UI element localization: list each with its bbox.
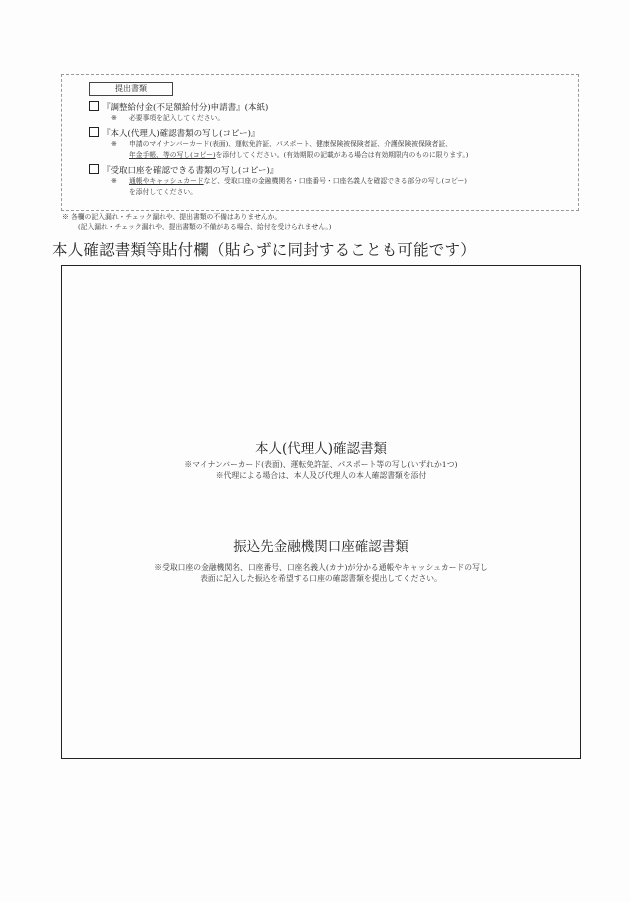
submission-checklist: 提出書類 『調整給付金(不足額給付分)申請書』(本紙) ※必要事項を記入してくだ… [61, 74, 579, 211]
section-heading: 本人確認書類等貼付欄（貼らずに同封することも可能です） [52, 240, 476, 260]
checkbox[interactable] [89, 164, 99, 174]
checklist-note: ※必要事項を記入してください。 [111, 113, 224, 123]
bank-docs-note-2: 表面に記入した振込を希望する口座の確認書類を提出してください。 [62, 573, 580, 584]
footnote-line-1: ※ 各欄の記入漏れ・チェック漏れや、提出書類の不備はありませんか。 [62, 213, 281, 222]
id-document-paste-area: 本人(代理人)確認書類 ※マイナンバーカード(表面)、運転免許証、パスポート等の… [61, 265, 581, 759]
id-docs-note-2: ※代理による場合は、本人及び代理人の本人確認書類を添付 [62, 470, 580, 481]
id-docs-note-1: ※マイナンバーカード(表面)、運転免許証、パスポート等の写し(いずれか1つ) [62, 459, 580, 470]
checklist-title: 提出書類 [89, 82, 173, 96]
checkbox[interactable] [89, 101, 99, 111]
checklist-item-label: 『調整給付金(不足額給付分)申請書』(本紙) [102, 103, 268, 113]
checklist-item-label: 『受取口座を確認できる書類の写し(コピー)』 [102, 166, 278, 176]
checklist-note: を添付してください。 [111, 187, 197, 197]
checklist-note: 年金手帳、等の写し(コピー)を添付してください。(有効期限の記載がある場合は有効… [111, 150, 468, 160]
checklist-item-label: 『本人(代理人)確認書類の写し(コピー)』 [102, 129, 259, 139]
checklist-note: ※通帳やキャッシュカードなど、受取口座の金融機関名・口座番号・口座名義人を確認で… [111, 176, 467, 186]
footnote-line-2: (記入漏れ・チェック漏れや、提出書類の不備がある場合、給付を受けられません。) [78, 223, 331, 232]
checklist-note: ※申請のマイナンバーカード(表面)、運転免許証、パスポート、健康保険被保険者証、… [111, 139, 452, 149]
id-docs-title: 本人(代理人)確認書類 [62, 440, 580, 458]
bank-docs-note-1: ※受取口座の金融機関名、口座番号、口座名義人(カナ)が分かる通帳やキャッシュカー… [62, 562, 580, 573]
bank-docs-title: 振込先金融機関口座確認書類 [62, 538, 580, 556]
checkbox[interactable] [89, 127, 99, 137]
